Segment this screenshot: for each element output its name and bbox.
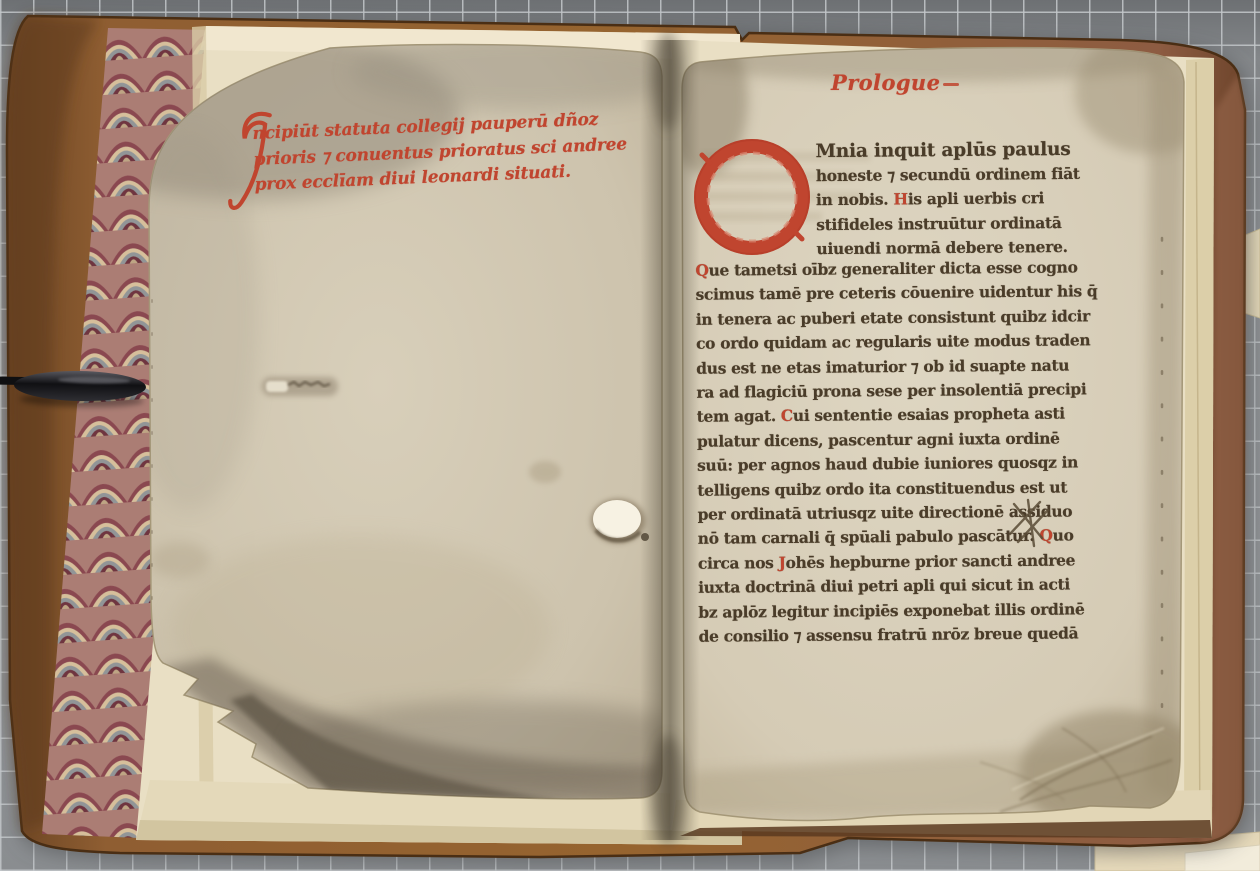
drop-cap-initial-O	[690, 133, 816, 265]
text-line: de consilio ⁊ assensu fratrū nrōz breue …	[698, 621, 1100, 649]
text-line: Mnia inquit aplūs paulus	[815, 138, 1079, 165]
text-line: co ordo quidam ac regularis uite modus t…	[696, 328, 1098, 356]
prologue-heading: Prologue	[831, 70, 959, 95]
erasure-mark	[262, 377, 338, 396]
text-line: iuxta doctrinā diui petri apli qui sicut…	[698, 573, 1100, 601]
text-line: in tenera ac puberi etate consistunt qui…	[696, 304, 1098, 332]
rubric-initial-flourish	[223, 107, 292, 220]
text-line: in nobis. His apli uerbis cri	[816, 186, 1080, 213]
text-line: dus est ne etas imaturior ⁊ ob id suapte…	[696, 353, 1098, 381]
right-page-dropcap-text: Mnia inquit aplūs paulushoneste ⁊ secund…	[815, 138, 1080, 261]
right-page-body-text: Que tametsi oībz generaliter dicta esse …	[695, 255, 1100, 649]
gutter-bottom-shadow	[652, 735, 684, 845]
manuscript-photo-scene: ncipiūt statuta collegij pauperū dñozpri…	[0, 0, 1260, 871]
heading-swash	[943, 83, 959, 86]
text-line: ra ad flagiciū prona sese per insolentiā…	[696, 377, 1098, 405]
text-line: suū: per agnos haud dubie iuniores quosq…	[697, 450, 1099, 478]
text-line: tem agat. Cui sententie esaias propheta …	[697, 402, 1099, 430]
text-line: scimus tamē pre ceteris cōuenire uidentu…	[696, 280, 1098, 308]
text-line: bz aplōz legitur incipiēs exponebat illi…	[698, 597, 1100, 625]
text-line: Que tametsi oībz generaliter dicta esse …	[695, 255, 1097, 283]
text-line: pulatur dicens, pascentur agni iuxta ord…	[697, 426, 1099, 454]
text-line: stifideles instruūtur ordinatā	[816, 210, 1080, 237]
text-line: circa nos Johēs hepburne prior sancti an…	[698, 548, 1100, 576]
margin-nota-mark	[1006, 498, 1054, 550]
text-line: honeste ⁊ secundū ordinem fiāt	[816, 162, 1080, 189]
